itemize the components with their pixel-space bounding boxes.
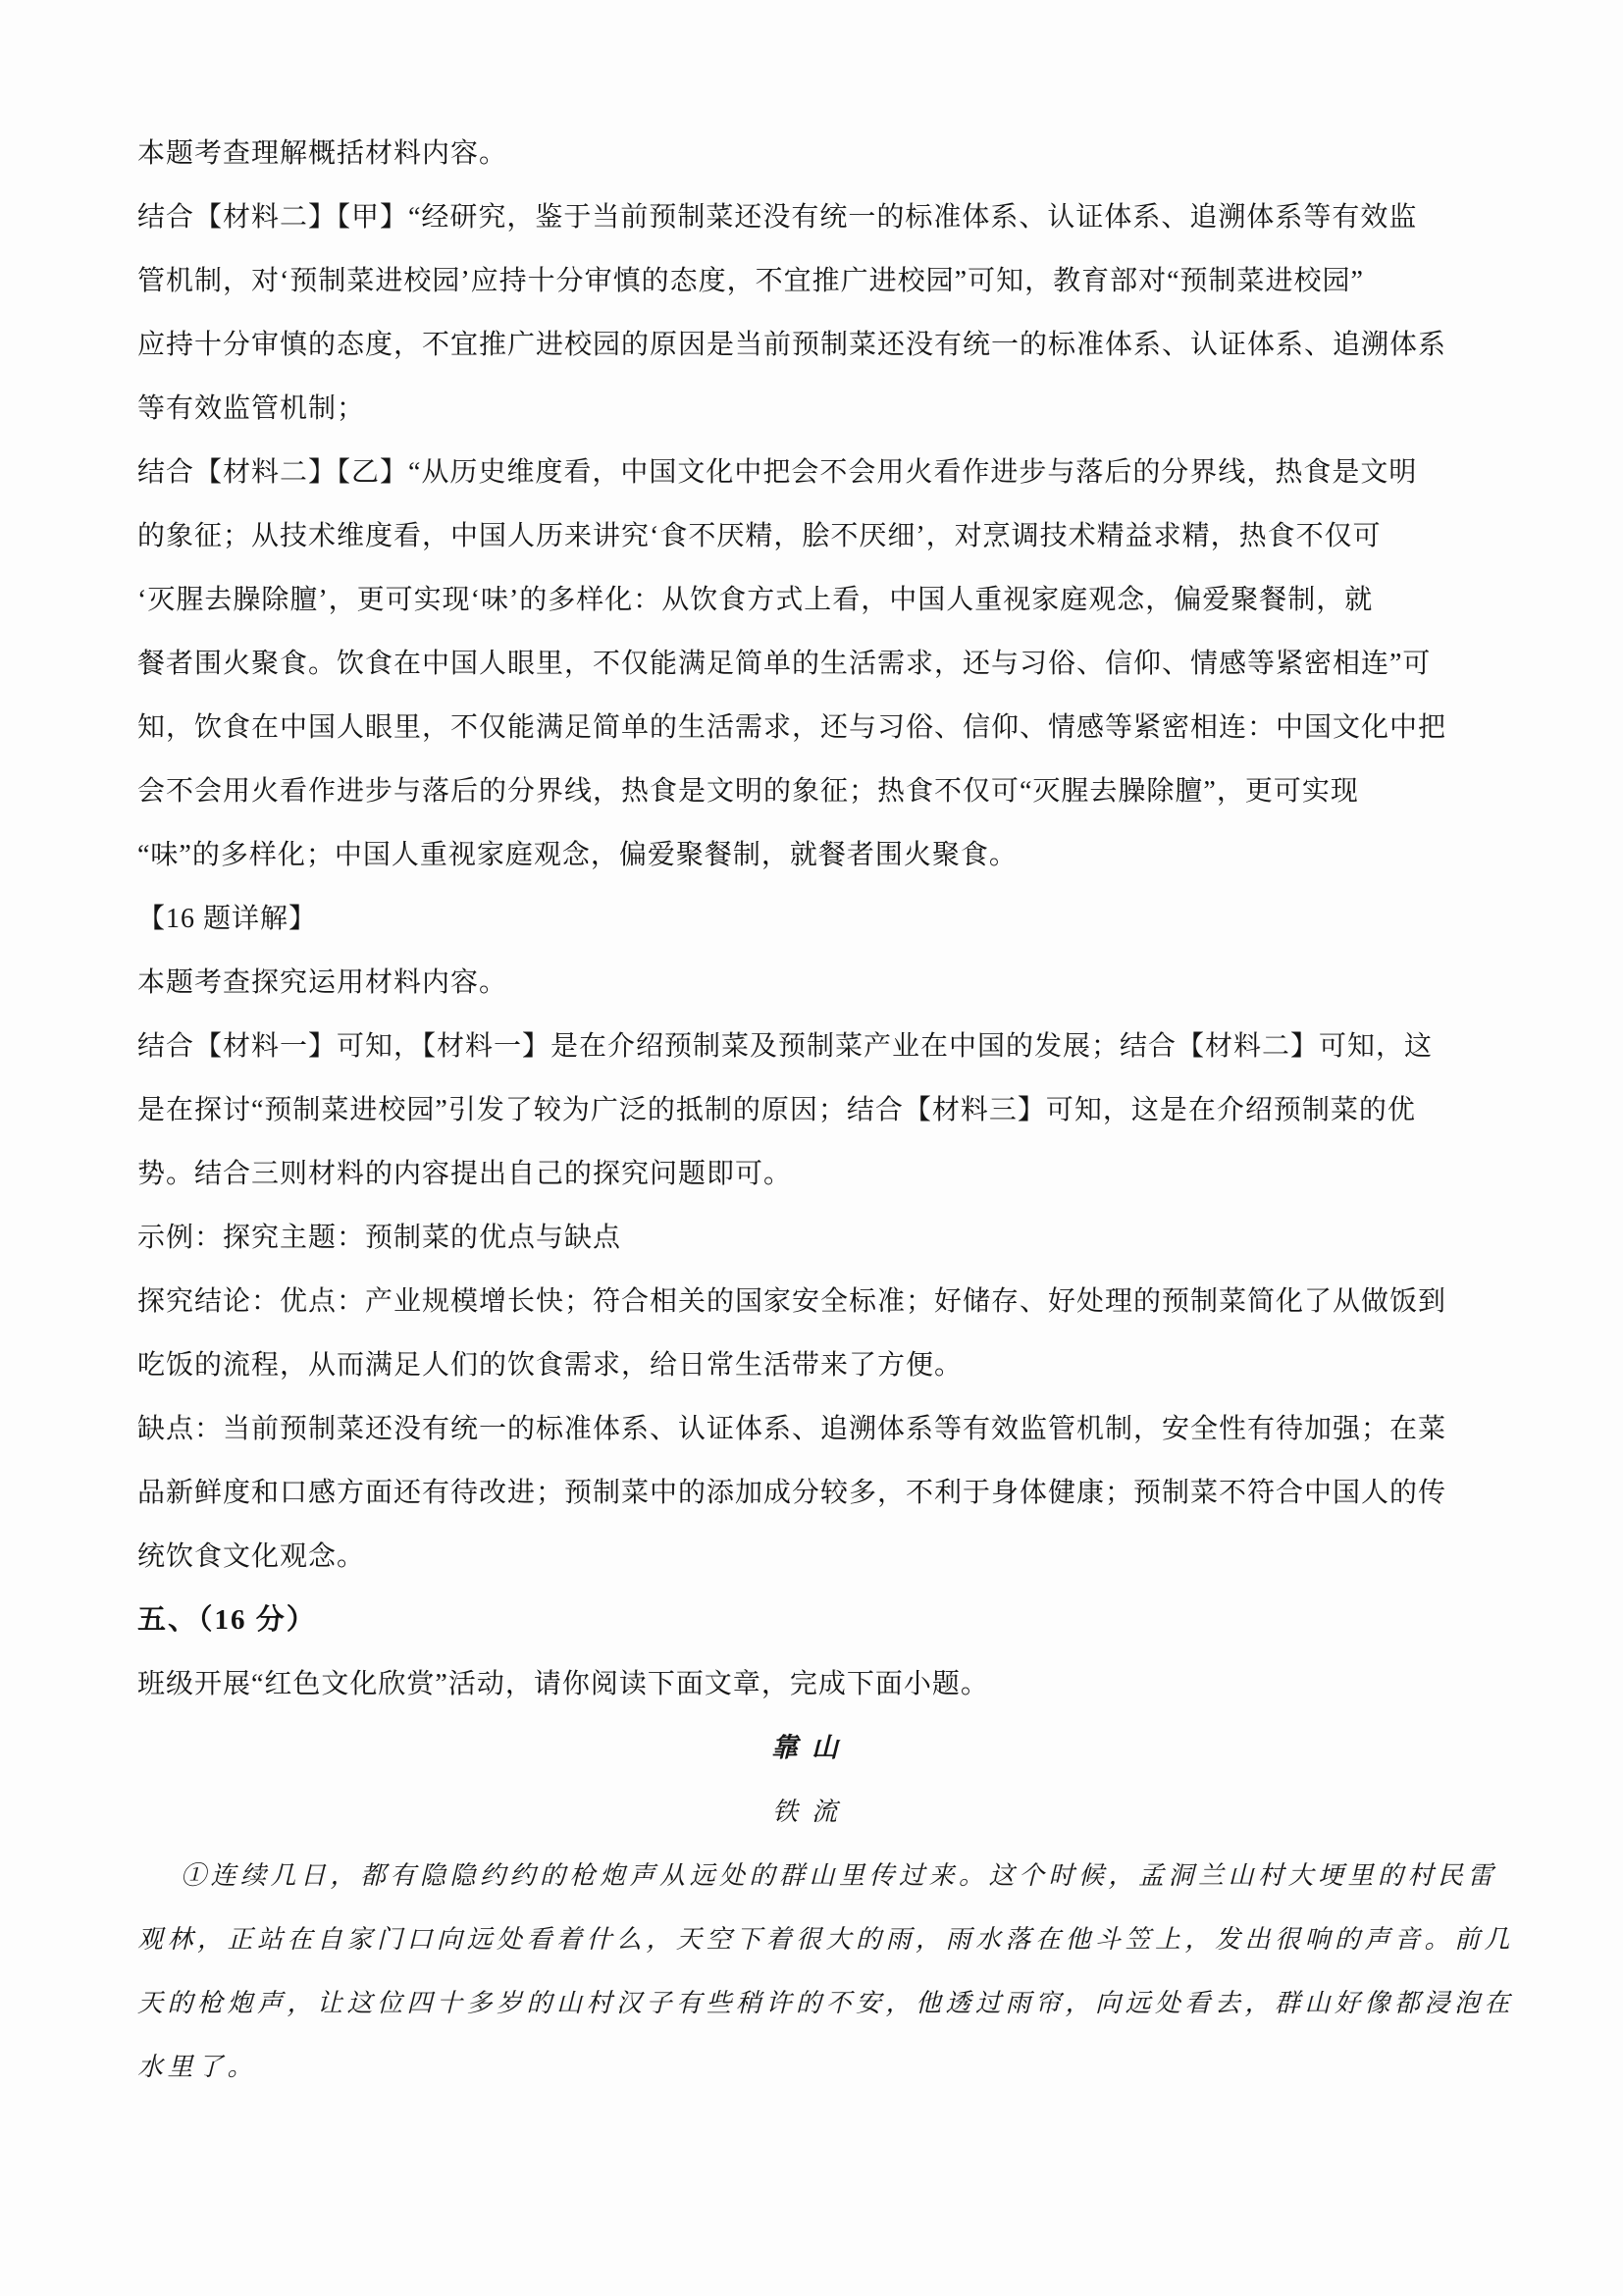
analysis-text-line: 知，饮食在中国人眼里，不仅能满足简单的生活需求，还与习俗、信仰、情感等紧密相连：… xyxy=(137,696,1486,759)
analysis-text-line: 结合【材料一】可知，【材料一】是在介绍预制菜及预制菜产业在中国的发展；结合【材料… xyxy=(137,1015,1486,1078)
article-paragraph-line: ①连续几日，都有隐隐约约的枪炮声从远处的群山里传过来。这个时候，孟洞兰山村大埂里… xyxy=(137,1844,1486,1907)
analysis-text-line: 品新鲜度和口感方面还有待改进；预制菜中的添加成分较多，不利于身体健康；预制菜不符… xyxy=(137,1461,1486,1525)
analysis-text-line: 班级开展“红色文化欣赏”活动，请你阅读下面文章，完成下面小题。 xyxy=(137,1652,1486,1716)
analysis-text-line: 【16 题详解】 xyxy=(137,887,1486,951)
analysis-text-line: “味”的多样化；中国人重视家庭观念，偏爱聚餐制，就餐者围火聚食。 xyxy=(137,823,1486,887)
analysis-text-line: 示例：探究主题：预制菜的优点与缺点 xyxy=(137,1206,1486,1270)
document-page: 本题考查理解概括材料内容。结合【材料二】【甲】“经研究，鉴于当前预制菜还没有统一… xyxy=(0,0,1623,2296)
analysis-text-line: 缺点：当前预制菜还没有统一的标准体系、认证体系、追溯体系等有效监管机制，安全性有… xyxy=(137,1397,1486,1461)
article-paragraph-line: 水里了。 xyxy=(137,2035,1486,2099)
analysis-text-line: 势。结合三则材料的内容提出自己的探究问题即可。 xyxy=(137,1142,1486,1206)
analysis-text-line: 管机制，对‘预制菜进校园’应持十分审慎的态度，不宜推广进校园”可知，教育部对“预… xyxy=(137,249,1486,313)
analysis-text-line: ‘灭腥去臊除膻’，更可实现‘味’的多样化：从饮食方式上看，中国人重视家庭观念，偏… xyxy=(137,568,1486,632)
analysis-text-line: 统饮食文化观念。 xyxy=(137,1525,1486,1589)
analysis-text-line: 结合【材料二】【乙】“从历史维度看，中国文化中把会不会用火看作进步与落后的分界线… xyxy=(137,441,1486,504)
analysis-text-line: 会不会用火看作进步与落后的分界线，热食是文明的象征；热食不仅可“灭腥去臊除膻”，… xyxy=(137,759,1486,823)
analysis-text-line: 是在探讨“预制菜进校园”引发了较为广泛的抵制的原因；结合【材料三】可知，这是在介… xyxy=(137,1078,1486,1142)
analysis-text-line: 探究结论：优点：产业规模增长快；符合相关的国家安全标准；好储存、好处理的预制菜简… xyxy=(137,1270,1486,1333)
analysis-text-line: 本题考查探究运用材料内容。 xyxy=(137,951,1486,1015)
article-author: 铁流 xyxy=(137,1780,1486,1844)
analysis-text-line: 等有效监管机制； xyxy=(137,377,1486,441)
analysis-text-line: 餐者围火聚食。饮食在中国人眼里，不仅能满足简单的生活需求，还与习俗、信仰、情感等… xyxy=(137,632,1486,696)
analysis-text-line: 应持十分审慎的态度，不宜推广进校园的原因是当前预制菜还没有统一的标准体系、认证体… xyxy=(137,313,1486,377)
article-paragraph-line: 观林，正站在自家门口向远处看着什么，天空下着很大的雨，雨水落在他斗笠上，发出很响… xyxy=(137,1907,1486,1971)
article-paragraph-line: 天的枪炮声，让这位四十多岁的山村汉子有些稍许的不安，他透过雨帘，向远处看去，群山… xyxy=(137,1971,1486,2035)
analysis-text-line: 本题考查理解概括材料内容。 xyxy=(137,122,1486,185)
article-title: 靠山 xyxy=(137,1716,1486,1780)
analysis-text-line: 的象征；从技术维度看，中国人历来讲究‘食不厌精，脍不厌细’，对烹调技术精益求精，… xyxy=(137,504,1486,568)
section-heading: 五、（16 分） xyxy=(137,1589,1486,1652)
analysis-text-line: 吃饭的流程，从而满足人们的饮食需求，给日常生活带来了方便。 xyxy=(137,1333,1486,1397)
document-content: 本题考查理解概括材料内容。结合【材料二】【甲】“经研究，鉴于当前预制菜还没有统一… xyxy=(137,122,1486,2099)
analysis-text-line: 结合【材料二】【甲】“经研究，鉴于当前预制菜还没有统一的标准体系、认证体系、追溯… xyxy=(137,185,1486,249)
